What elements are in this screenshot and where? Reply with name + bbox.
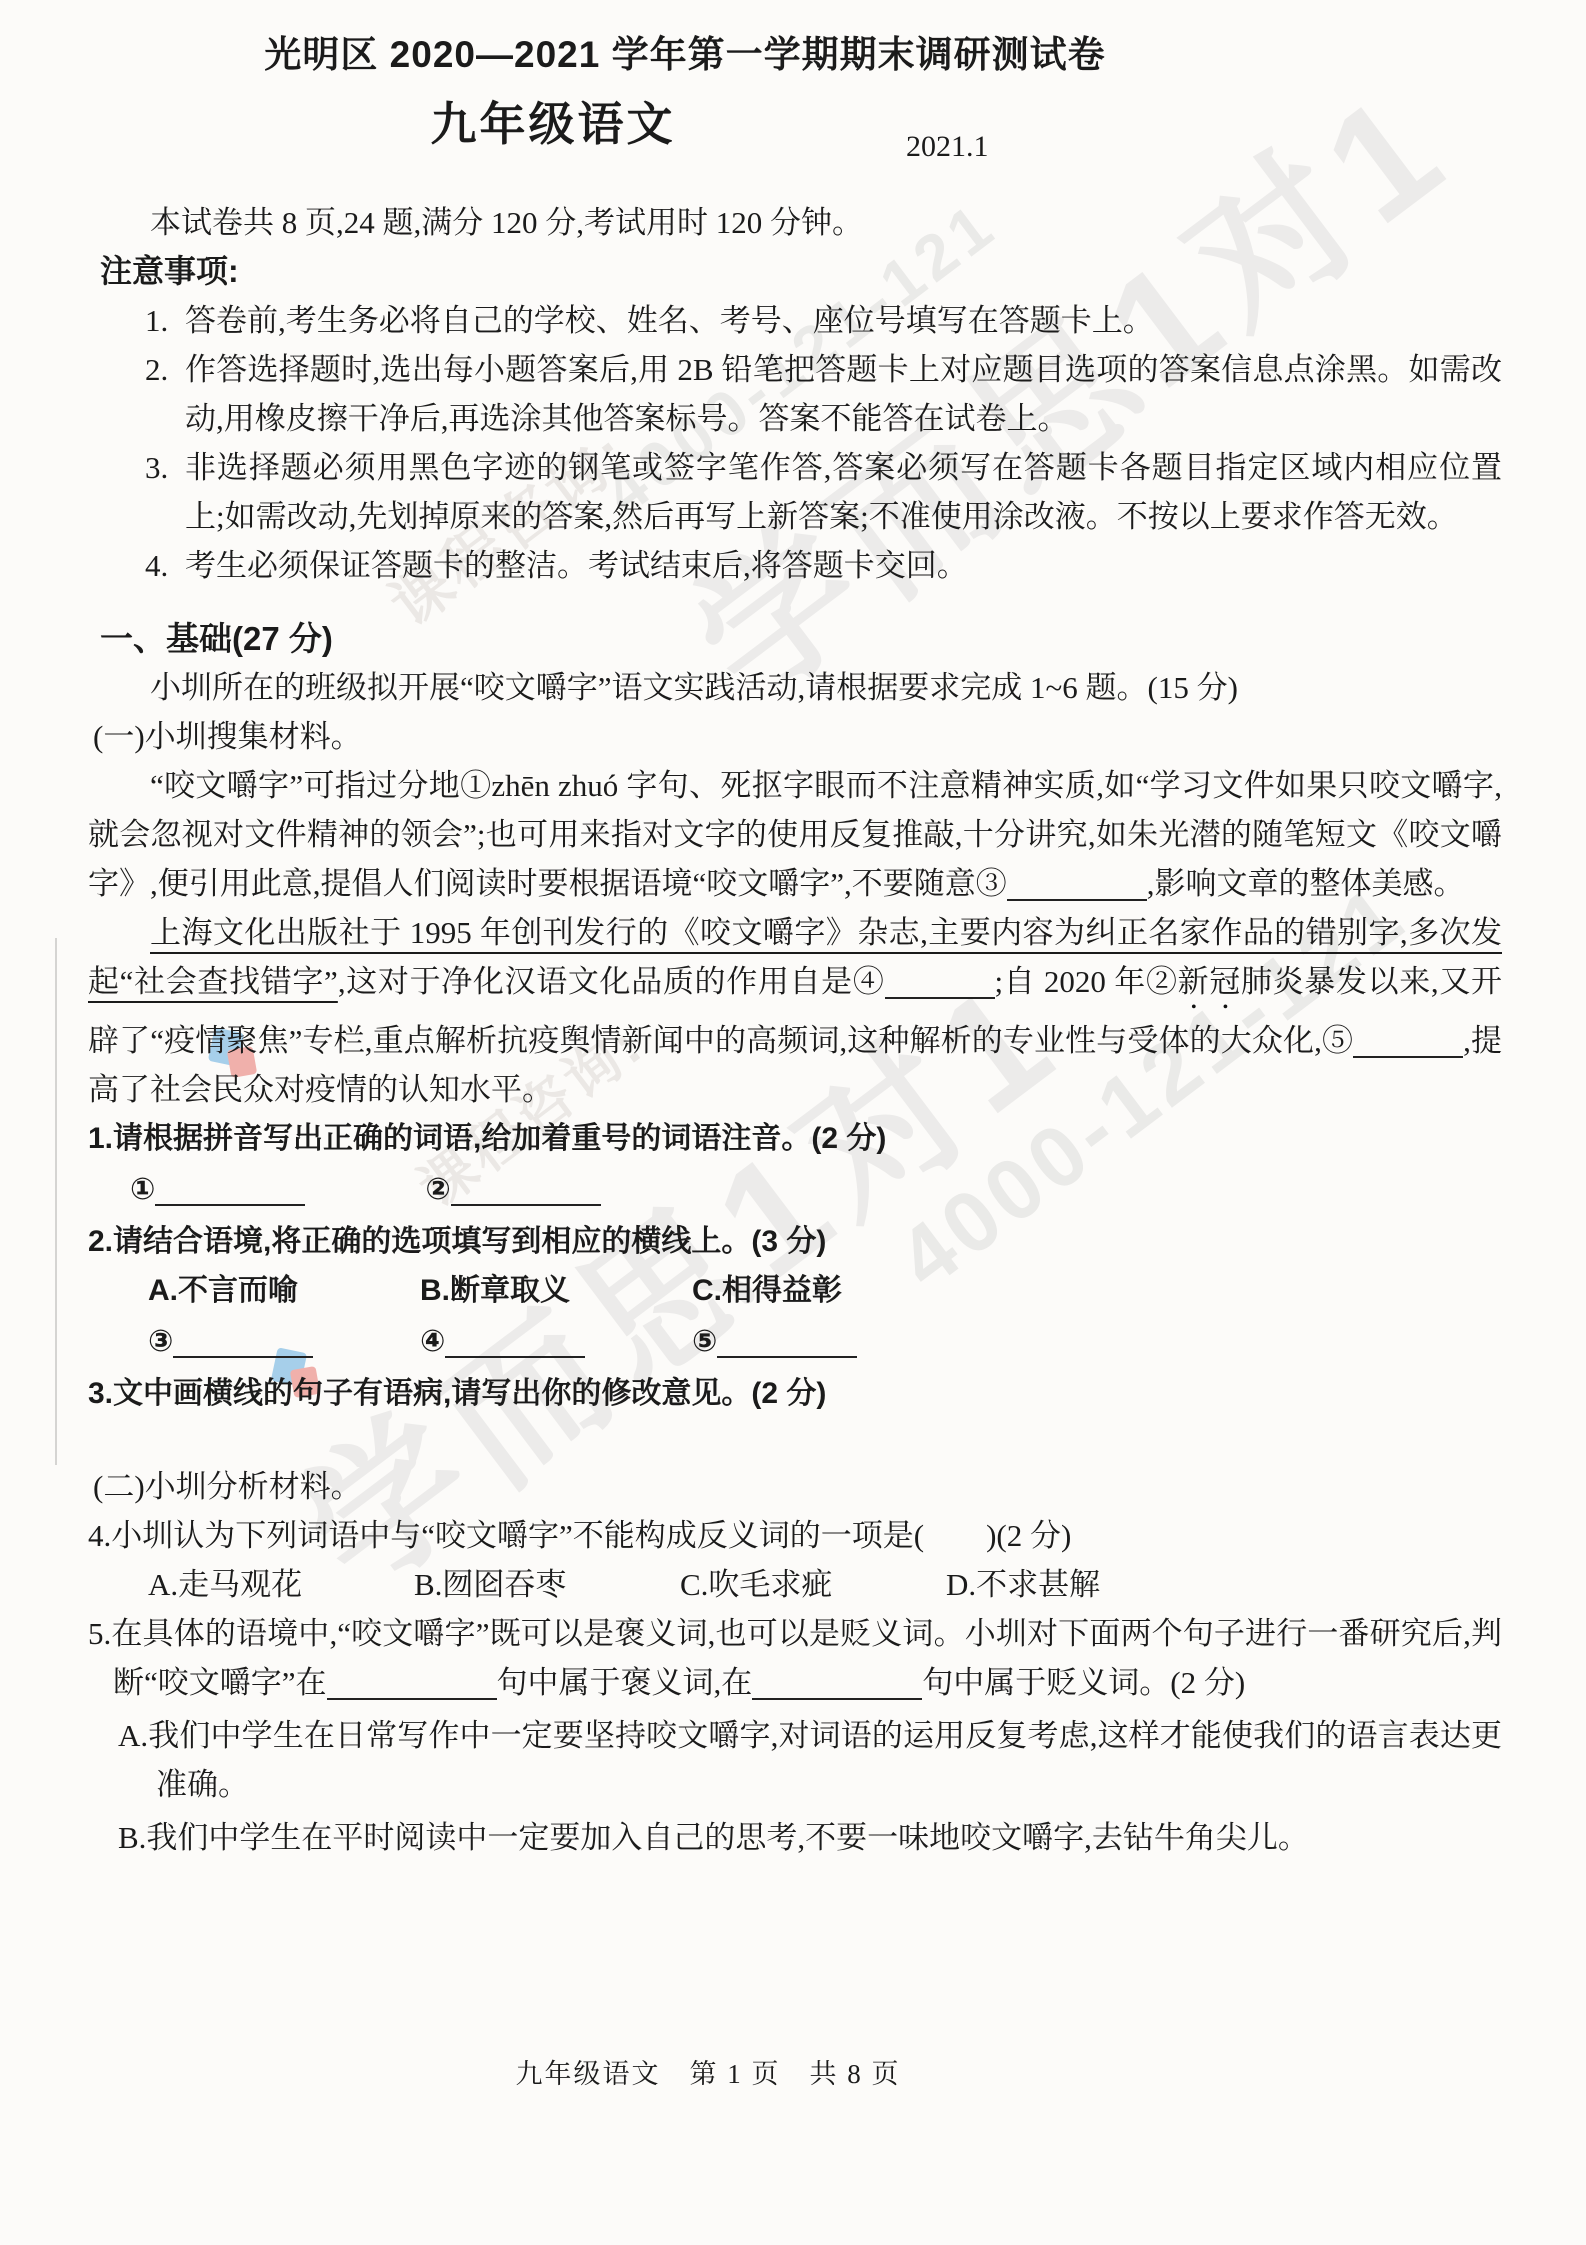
- notice-heading: 注意事项:: [100, 247, 1502, 296]
- question-2-blanks: ③④⑤: [148, 1315, 1502, 1369]
- page-footer: 九年级语文 第 1 页 共 8 页: [0, 2052, 1501, 2091]
- exam-paper-page: 学而思1对1 4000-121-121 课程咨询: 学而思1对1 4000-12…: [0, 0, 1586, 2245]
- answer-blank: [717, 1329, 857, 1358]
- page-content: 光明区 2020—2021 学年第一学期期末调研测试卷 九年级语文 2021.1…: [0, 0, 1586, 1862]
- answer-blank: [1007, 871, 1147, 901]
- notice-item-number: 3.: [145, 443, 168, 492]
- answer-blank: [173, 1329, 313, 1358]
- pinyin-text: zhēn zhuó: [491, 768, 618, 803]
- option-b: B.囫囵吞枣: [414, 1560, 680, 1609]
- question-3: 3.文中画横线的句子有语病,请写出你的修改意见。(2 分): [88, 1369, 1502, 1418]
- notice-item-text: 考生必须保证答题卡的整洁。考试结束后,将答题卡交回。: [185, 548, 968, 583]
- section-lead: 小圳所在的班级拟开展“咬文嚼字”语文实践活动,请根据要求完成 1~6 题。(15…: [88, 663, 1502, 712]
- question-text: 句中属于褒义词,在: [497, 1665, 753, 1700]
- part2-heading: (二)小圳分析材料。: [93, 1462, 1502, 1511]
- question-2: 2.请结合语境,将正确的选项填写到相应的横线上。(3 分): [88, 1217, 1502, 1266]
- blank-label: ③: [148, 1325, 173, 1358]
- subject-title: 九年级语文: [431, 100, 676, 149]
- question-1-blanks: ①②: [130, 1163, 1502, 1217]
- question-2-options: A.不言而喻B.断章取义C.相得益彰: [148, 1266, 1502, 1315]
- answer-blank: [155, 1177, 305, 1206]
- notice-item-number: 2.: [145, 345, 168, 394]
- paragraph-text: “咬文嚼字”可指过分地①: [150, 768, 491, 803]
- notice-item: 2. 作答选择题时,选出每小题答案后,用 2B 铅笔把答题卡上对应题目选项的答案…: [88, 345, 1502, 443]
- blank-label: ⑤: [692, 1325, 717, 1358]
- option-d: D.不求甚解: [946, 1560, 1212, 1609]
- notice-item-text: 答卷前,考生务必将自己的学校、姓名、考号、座位号填写在答题卡上。: [185, 303, 1154, 338]
- notice-item-text: 作答选择题时,选出每小题答案后,用 2B 铅笔把答题卡上对应题目选项的答案信息点…: [185, 352, 1502, 436]
- blank-label: ①: [130, 1173, 155, 1206]
- emphasized-word: 新冠: [1178, 964, 1241, 999]
- blank-group: ⑤: [692, 1315, 964, 1369]
- question-5-option-a: A.我们中学生在日常写作中一定要坚持咬文嚼字,对词语的运用反复考虑,这样才能使我…: [118, 1711, 1502, 1809]
- notice-item-number: 4.: [145, 541, 168, 590]
- exam-date: 2021.1: [906, 122, 989, 171]
- paper-intro: 本试卷共 8 页,24 题,满分 120 分,考试用时 120 分钟。: [88, 198, 1502, 247]
- paper-title: 光明区 2020—2021 学年第一学期期末调研测试卷: [0, 30, 1392, 80]
- answer-blank: [445, 1329, 585, 1358]
- question-5: 5.在具体的语境中,“咬文嚼字”既可以是褒义词,也可以是贬义词。小圳对下面两个句…: [88, 1609, 1502, 1707]
- answer-blank: [327, 1670, 497, 1700]
- answer-blank: [885, 969, 995, 999]
- question-5-option-b: B.我们中学生在平时阅读中一定要加入自己的思考,不要一味地咬文嚼字,去钻牛角尖儿…: [118, 1813, 1502, 1862]
- notice-item-text: 非选择题必须用黑色字迹的钢笔或签字笔作答,答案必须写在答题卡各题目指定区域内相应…: [185, 450, 1502, 534]
- blank-label: ②: [425, 1173, 450, 1206]
- blank-group: ④: [420, 1315, 692, 1369]
- question-4-options: A.走马观花B.囫囵吞枣C.吹毛求疵D.不求甚解: [148, 1560, 1502, 1609]
- question-4: 4.小圳认为下列词语中与“咬文嚼字”不能构成反义词的一项是( )(2 分): [88, 1511, 1502, 1560]
- material-paragraph-1: “咬文嚼字”可指过分地①zhēn zhuó 字句、死抠字眼而不注意精神实质,如“…: [88, 761, 1502, 908]
- option-c: C.相得益彰: [692, 1266, 964, 1315]
- question-text: 句中属于贬义词。(2 分): [922, 1665, 1245, 1700]
- notice-item: 1. 答卷前,考生务必将自己的学校、姓名、考号、座位号填写在答题卡上。: [88, 296, 1502, 345]
- answer-blank: [1353, 1028, 1463, 1058]
- answer-blank: [752, 1670, 922, 1700]
- option-a: A.走马观花: [148, 1560, 414, 1609]
- blank-group: ③: [148, 1315, 420, 1369]
- part1-heading: (一)小圳搜集材料。: [93, 712, 1502, 761]
- option-c: C.吹毛求疵: [680, 1560, 946, 1609]
- section-heading: 一、基础(27 分): [100, 614, 1502, 663]
- option-a: A.不言而喻: [148, 1266, 420, 1315]
- answer-blank: [451, 1177, 601, 1206]
- notice-item-number: 1.: [145, 296, 168, 345]
- paragraph-text: ,影响文章的整体美感。: [1147, 866, 1465, 901]
- blank-label: ④: [420, 1325, 445, 1358]
- option-b: B.断章取义: [420, 1266, 692, 1315]
- notice-item: 4. 考生必须保证答题卡的整洁。考试结束后,将答题卡交回。: [88, 541, 1502, 590]
- paragraph-text: ,这对于净化汉语文化品质的作用自是④: [338, 964, 885, 999]
- paragraph-text: ;自 2020 年②: [995, 964, 1178, 999]
- material-paragraph-2: 上海文化出版社于 1995 年创刊发行的《咬文嚼字》杂志,主要内容为纠正名家作品…: [88, 908, 1502, 1114]
- notice-item: 3. 非选择题必须用黑色字迹的钢笔或签字笔作答,答案必须写在答题卡各题目指定区域…: [88, 443, 1502, 541]
- question-1: 1.请根据拼音写出正确的词语,给加着重号的词语注音。(2 分): [88, 1114, 1502, 1163]
- subject-row: 九年级语文 2021.1: [88, 92, 1502, 180]
